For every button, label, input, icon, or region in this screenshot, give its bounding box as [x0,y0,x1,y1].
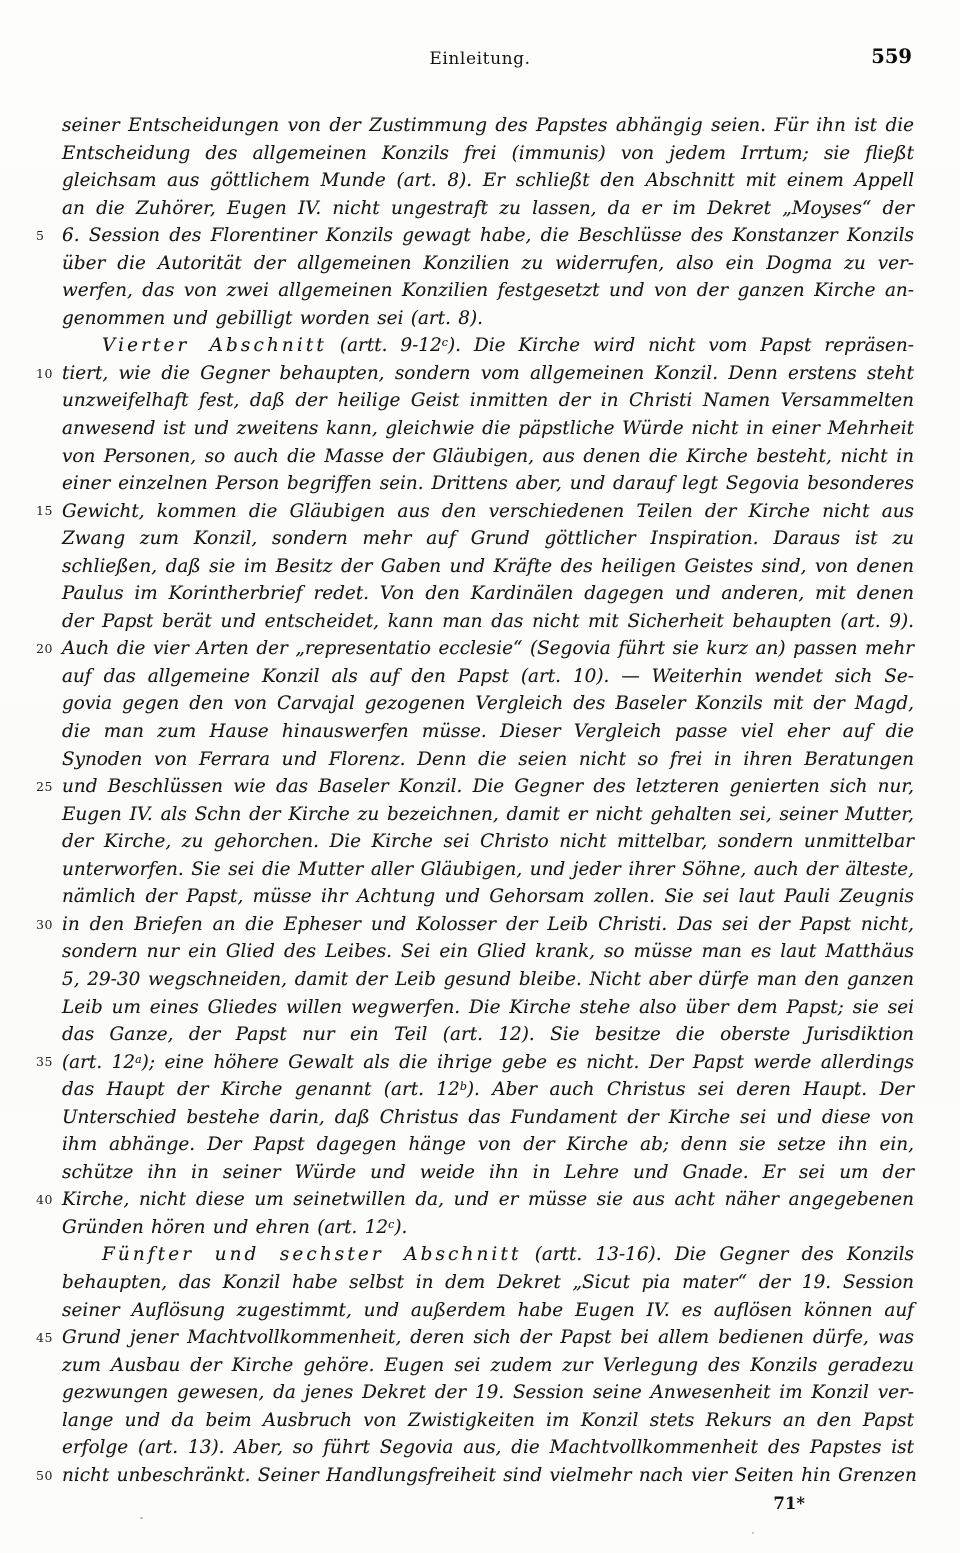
line-text: das Haupt der Kirche genannt (art. 12 [62,1079,460,1100]
text-line: zum Ausbau der Kirche gehöre. Eugen sei … [62,1352,914,1380]
text-line: über die Autorität der allgemeinen Konzi… [62,250,914,278]
line-text: govia gegen den von Carvajal gezogenen V… [62,693,914,714]
text-line: 20Auch die vier Arten der „representatio… [62,635,914,663]
line-text: Gründen hören und ehren (art. 12 [62,1217,388,1238]
text-line: schütze ihn in seiner Würde und weide ih… [62,1159,914,1187]
text-line: lange und da beim Ausbruch von Zwistigke… [62,1407,914,1435]
line-text: die man zum Hause hinauswerfen müsse. Di… [62,721,914,742]
line-text: das Ganze, der Papst nur ein Teil (art. … [62,1024,914,1045]
line-text: (art. 12 [62,1052,135,1073]
line-text: seiner Auflösung zugestimmt, und außerde… [62,1300,914,1321]
line-text: ihm abhänge. Der Papst dagegen hänge von… [62,1134,914,1155]
text-line: nämlich der Papst, müsse ihr Achtung und… [62,883,914,911]
text-line: 40Kirche, nicht diese um seinetwillen da… [62,1186,914,1214]
margin-line-number: 50 [36,1469,53,1482]
line-text: nicht unbeschränkt. Seiner Handlungsfrei… [62,1465,917,1486]
text-line: gleichsam aus göttlichem Munde (art. 8).… [62,167,914,195]
line-text: gleichsam aus göttlichem Munde (art. 8).… [62,170,914,191]
text-line: 25und Beschlüssen wie das Baseler Konzil… [62,773,914,801]
line-text: tiert, wie die Gegner behaupten, sondern… [62,363,914,384]
line-text: seiner Entscheidungen von der Zustimmung… [62,115,914,136]
text-line: unzweifelhaft fest, daß der heilige Geis… [62,387,914,415]
superscript-article-letter: b [460,1080,467,1093]
text-line: 56. Session des Florentiner Konzils gewa… [62,222,914,250]
line-text: ); eine höhere Gewalt als die ihrige geb… [142,1052,914,1073]
text-line: werfen, das von zwei allgemeinen Konzili… [62,277,914,305]
text-line: genommen und gebilligt worden sei (art. … [62,305,914,333]
text-line: an die Zuhörer, Eugen IV. nicht ungestra… [62,195,914,223]
line-text: gezwungen gewesen, da jenes Dekret der 1… [62,1382,914,1403]
line-text: Unterschied bestehe darin, daß Christus … [62,1107,914,1128]
text-line: Synoden von Ferrara und Florenz. Denn di… [62,746,914,774]
text-line: das Ganze, der Papst nur ein Teil (art. … [62,1021,914,1049]
line-text: genommen und gebilligt worden sei (art. … [62,308,483,329]
line-text: sondern nur ein Glied des Leibes. Sei ei… [62,941,914,962]
signature-mark: 71* [773,1494,805,1513]
line-text: an die Zuhörer, Eugen IV. nicht ungestra… [62,198,914,219]
line-text: Gewicht, kommen die Gläubigen aus den ve… [62,501,914,522]
line-text: Entscheidung des allgemeinen Konzils fre… [62,143,914,164]
superscript-article-letter: a [135,1053,142,1066]
text-line: auf das allgemeine Konzil als auf den Pa… [62,663,914,691]
line-text: anwesend ist und zweitens kann, gleichwi… [62,418,914,439]
text-line: Entscheidung des allgemeinen Konzils fre… [62,140,914,168]
line-text: ). Aber auch Christus sei deren Haupt. D… [467,1079,914,1100]
line-text: Eugen IV. als Schn der Kirche zu bezeich… [62,804,914,825]
margin-line-number: 35 [36,1056,53,1069]
text-line: einer einzelnen Person begriffen sein. D… [62,470,914,498]
margin-line-number: 30 [36,918,53,931]
line-text: einer einzelnen Person begriffen sein. D… [62,473,914,494]
text-line: sondern nur ein Glied des Leibes. Sei ei… [62,938,914,966]
line-text: schließen, daß sie im Besitz der Gaben u… [62,556,914,577]
line-text: nämlich der Papst, müsse ihr Achtung und… [62,886,914,907]
text-block: seiner Entscheidungen von der Zustimmung… [62,112,914,1489]
scan-speck [752,1532,754,1534]
text-line: der Kirche, zu gehorchen. Die Kirche sei… [62,828,914,856]
text-line: die man zum Hause hinauswerfen müsse. Di… [62,718,914,746]
line-text: Synoden von Ferrara und Florenz. Denn di… [62,749,914,770]
text-line: der Papst berät und entscheidet, kann ma… [62,608,914,636]
text-line: seiner Entscheidungen von der Zustimmung… [62,112,914,140]
text-line: seiner Auflösung zugestimmt, und außerde… [62,1297,914,1325]
text-line: behaupten, das Konzil habe selbst in dem… [62,1269,914,1297]
line-text: Paulus im Korintherbrief redet. Von den … [62,583,914,604]
text-line: Fünfter und sechster Abschnitt (artt. 13… [62,1241,914,1269]
line-text: ). Die Kirche wird nicht vom Papst reprä… [448,335,914,356]
line-text: behaupten, das Konzil habe selbst in dem… [62,1272,914,1293]
text-line: Paulus im Korintherbrief redet. Von den … [62,580,914,608]
line-text: Kirche, nicht diese um seinetwillen da, … [62,1189,914,1210]
text-line: Zwang zum Konzil, sondern mehr auf Grund… [62,525,914,553]
line-text: Zwang zum Konzil, sondern mehr auf Grund… [62,528,914,549]
section-heading-inline: Fünfter und sechster Abschnitt [102,1244,521,1265]
text-line: govia gegen den von Carvajal gezogenen V… [62,690,914,718]
text-line: ihm abhänge. Der Papst dagegen hänge von… [62,1131,914,1159]
scan-speck [140,1517,143,1519]
margin-line-number: 15 [36,505,53,518]
line-text: Grund jener Machtvollkommenheit, deren s… [62,1327,914,1348]
line-text: unterworfen. Sie sei die Mutter aller Gl… [62,859,914,880]
line-text: ). [394,1217,407,1238]
text-line: 10tiert, wie die Gegner behaupten, sonde… [62,360,914,388]
text-line: schließen, daß sie im Besitz der Gaben u… [62,553,914,581]
margin-line-number: 40 [36,1194,53,1207]
line-text: und Beschlüssen wie das Baseler Konzil. … [62,776,914,797]
text-line: 35(art. 12a); eine höhere Gewalt als die… [62,1049,914,1077]
text-line: gezwungen gewesen, da jenes Dekret der 1… [62,1379,914,1407]
text-line: 50nicht unbeschränkt. Seiner Handlungsfr… [62,1462,914,1490]
text-line: 5, 29-30 wegschneiden, damit der Leib ge… [62,966,914,994]
line-text: werfen, das von zwei allgemeinen Konzili… [62,280,914,301]
text-line: 45Grund jener Machtvollkommenheit, deren… [62,1324,914,1352]
text-line: anwesend ist und zweitens kann, gleichwi… [62,415,914,443]
text-line: 15Gewicht, kommen die Gläubigen aus den … [62,498,914,526]
running-title: Einleitung. [0,49,960,69]
margin-line-number: 10 [36,367,53,380]
text-line: Eugen IV. als Schn der Kirche zu bezeich… [62,801,914,829]
line-text: über die Autorität der allgemeinen Konzi… [62,253,914,274]
line-text: der Kirche, zu gehorchen. Die Kirche sei… [62,831,914,852]
line-text: Auch die vier Arten der „representatio e… [62,638,914,659]
text-line: das Haupt der Kirche genannt (art. 12b).… [62,1076,914,1104]
text-line: Gründen hören und ehren (art. 12c). [62,1214,914,1242]
line-text: (artt. 13-16). Die Gegner des Konzils [521,1244,914,1265]
line-text: erfolge (art. 13). Aber, so führt Segovi… [62,1437,914,1458]
margin-line-number: 5 [36,230,44,243]
text-line: unterworfen. Sie sei die Mutter aller Gl… [62,856,914,884]
line-text: 5, 29-30 wegschneiden, damit der Leib ge… [62,969,914,990]
line-text: Leib um eines Gliedes willen wegwerfen. … [62,997,914,1018]
line-text: (artt. 9-12 [327,335,442,356]
text-line: 30in den Briefen an die Epheser und Kolo… [62,911,914,939]
line-text: zum Ausbau der Kirche gehöre. Eugen sei … [62,1355,914,1376]
text-line: Unterschied bestehe darin, daß Christus … [62,1104,914,1132]
scanned-book-page: Einleitung. 559 seiner Entscheidungen vo… [0,0,960,1553]
text-line: erfolge (art. 13). Aber, so führt Segovi… [62,1434,914,1462]
line-text: in den Briefen an die Epheser und Koloss… [62,914,914,935]
line-text: lange und da beim Ausbruch von Zwistigke… [62,1410,914,1431]
line-text: von Personen, so auch die Masse der Gläu… [62,446,914,467]
line-text: schütze ihn in seiner Würde und weide ih… [62,1162,914,1183]
section-heading-inline: Vierter Abschnitt [102,335,327,356]
line-text: 6. Session des Florentiner Konzils gewag… [62,225,914,246]
margin-line-number: 25 [36,781,53,794]
text-line: Vierter Abschnitt (artt. 9-12c). Die Kir… [62,332,914,360]
margin-line-number: 20 [36,643,53,656]
text-line: Leib um eines Gliedes willen wegwerfen. … [62,994,914,1022]
text-line: von Personen, so auch die Masse der Gläu… [62,443,914,471]
line-text: unzweifelhaft fest, daß der heilige Geis… [62,390,914,411]
line-text: der Papst berät und entscheidet, kann ma… [62,611,914,632]
page-number: 559 [871,45,912,68]
line-text: auf das allgemeine Konzil als auf den Pa… [62,666,914,687]
margin-line-number: 45 [36,1332,53,1345]
